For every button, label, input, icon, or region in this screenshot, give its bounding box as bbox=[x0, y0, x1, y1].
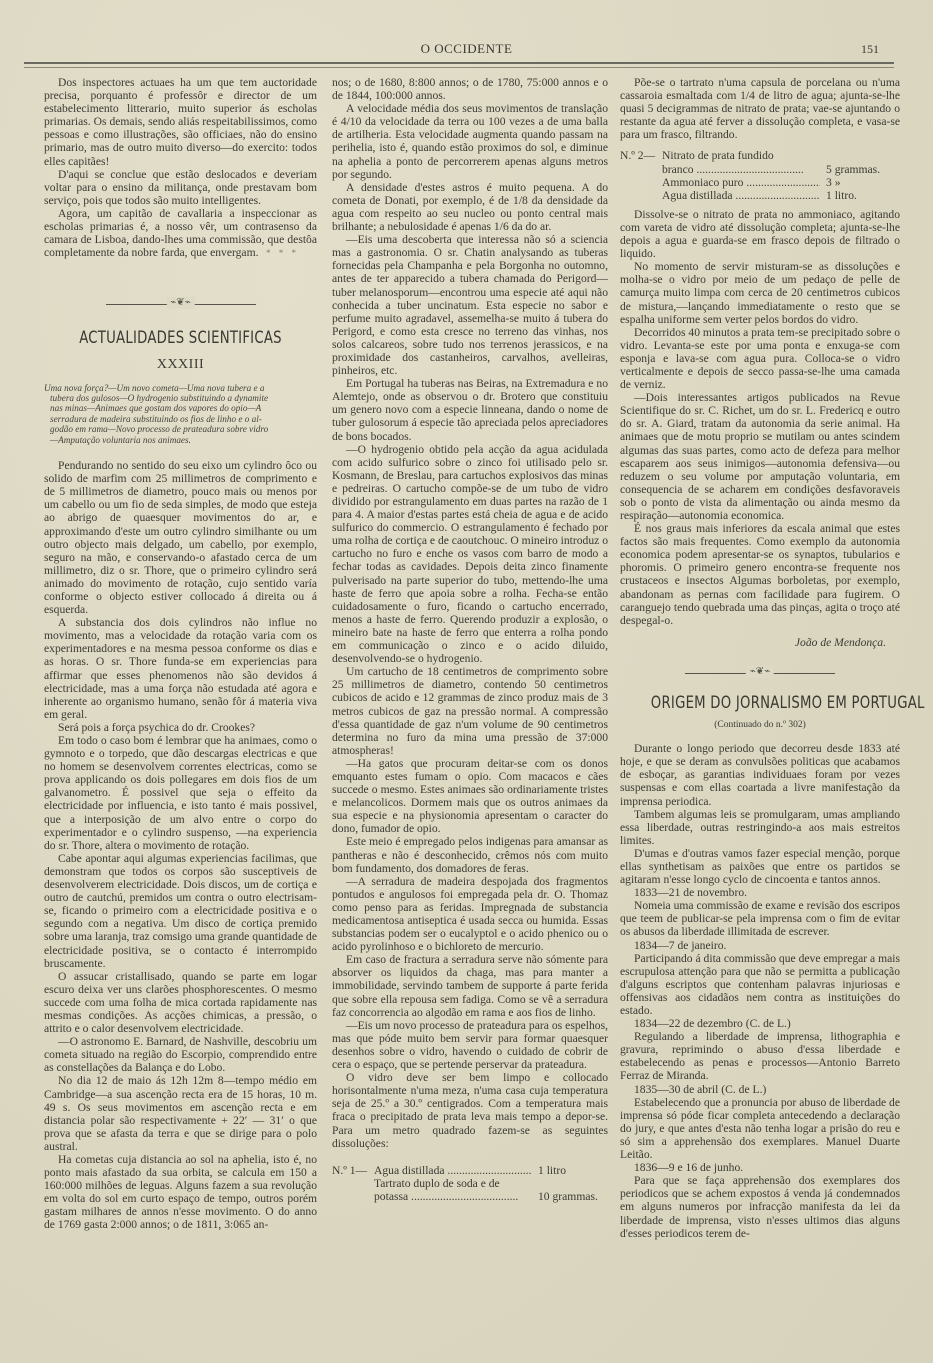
paragraph: O assucar cristallisado, quando se parte… bbox=[44, 970, 317, 1035]
ingredient: Ammoniaco puro bbox=[662, 176, 820, 189]
section-number: XXXIII bbox=[44, 358, 317, 371]
paragraph: Em caso de fractura a serradura serve nã… bbox=[332, 953, 608, 1018]
paragraph: A velocidade média dos seus movimentos d… bbox=[332, 102, 608, 181]
quantity: 3 » bbox=[820, 176, 841, 189]
summary-line: nas minas—Animaes que gostam dos vapores… bbox=[44, 403, 317, 413]
quantity: 10 grammas. bbox=[532, 1190, 598, 1203]
fleuron-icon: ⌁❦⌁ bbox=[746, 666, 774, 678]
fleuron-icon: ⌁❦⌁ bbox=[166, 297, 194, 309]
section-title-actualidades: ACTUALIDADES SCIENTIFICAS bbox=[74, 332, 287, 345]
summary-line: godão em rama—Novo processo de prateadur… bbox=[44, 424, 317, 434]
middle-column: nos; o de 1680, 8:800 annos; o de 1780, … bbox=[332, 76, 608, 1209]
paragraph: —Eis um novo processo de prateadura para… bbox=[332, 1019, 608, 1071]
recipe-row: Agua distillada 1 litro. bbox=[620, 189, 900, 202]
recipe-number: N.º 1— bbox=[332, 1164, 374, 1177]
paragraph: Nomeia uma commissão de exame e revisão … bbox=[620, 899, 900, 938]
ornamental-divider: ⌁❦⌁ bbox=[685, 667, 835, 679]
paragraph: —O hydrogenio obtido pela acção da agua … bbox=[332, 443, 608, 666]
paragraph: A densidade d'estes astros é muito peque… bbox=[332, 181, 608, 233]
recipe-row: branco 5 grammas. bbox=[620, 163, 900, 176]
paragraph: Regulando a liberdade de imprensa, litho… bbox=[620, 1030, 900, 1082]
paragraph: Este meio é empregado pelos indigenas pa… bbox=[332, 835, 608, 874]
paragraph: Será pois a força psychica do dr. Crooke… bbox=[44, 721, 317, 734]
paragraph: Ha cometas cuja distancia ao sol na aphe… bbox=[44, 1153, 317, 1232]
paragraph: É nos graus mais inferiores da escala an… bbox=[620, 522, 900, 627]
date-heading: 1836—9 e 16 de junho. bbox=[620, 1161, 900, 1174]
paragraph: —Eis uma descoberta que interessa não só… bbox=[332, 233, 608, 377]
article-summary: Uma nova força?—Um novo cometa—Uma nova … bbox=[44, 383, 317, 445]
quantity: 1 litro bbox=[532, 1164, 566, 1177]
date-heading: 1834—7 de janeiro. bbox=[620, 939, 900, 952]
paragraph: Dos inspectores actuaes ha um que tem au… bbox=[44, 76, 317, 168]
continuation-note: (Continuado do n.º 302) bbox=[620, 719, 900, 732]
paragraph: Para que se faça apprehensão dos exempla… bbox=[620, 1174, 900, 1239]
paragraph: Estabelecendo que a pronuncia por abuso … bbox=[620, 1096, 900, 1161]
summary-line: tubera dos gulosos—O hydrogenio substitu… bbox=[44, 393, 317, 403]
header-rule bbox=[24, 62, 894, 68]
running-head: O OCCIDENTE 151 bbox=[0, 41, 933, 61]
recipe-row: Ammoniaco puro 3 » bbox=[620, 176, 900, 189]
paragraph: O vidro deve ser bem limpo e collocado h… bbox=[332, 1071, 608, 1150]
publication-title: O OCCIDENTE bbox=[0, 41, 933, 57]
quantity: 5 grammas. bbox=[820, 163, 880, 176]
recipe-table-1: N.º 1— Agua distillada 1 litro Tartrato … bbox=[332, 1164, 608, 1203]
quantity bbox=[820, 149, 826, 162]
paragraph: A substancia dos dois cylindros não infl… bbox=[44, 616, 317, 721]
paragraph: —O astronomo E. Barnard, de Nashville, d… bbox=[44, 1035, 317, 1074]
quantity: 1 litro. bbox=[820, 189, 857, 202]
ornamental-divider: ⌁❦⌁ bbox=[106, 298, 256, 310]
section-title-origem-jornalismo: ORIGEM DO JORNALISMO EM PORTUGAL bbox=[651, 697, 869, 710]
summary-line: Uma nova força?—Um novo cometa—Uma nova … bbox=[44, 383, 317, 393]
paragraph: Tambem algumas leis se promulgaram, umas… bbox=[620, 808, 900, 847]
paragraph: Decorridos 40 minutos a prata tem-se pre… bbox=[620, 326, 900, 391]
paragraph: —A serradura de madeira despojada dos fr… bbox=[332, 875, 608, 954]
recipe-table-2: N.º 2— Nitrato de prata fundido branco 5… bbox=[620, 149, 900, 201]
recipe-row: N.º 1— Agua distillada 1 litro bbox=[332, 1164, 608, 1177]
quantity bbox=[532, 1177, 538, 1190]
paragraph: nos; o de 1680, 8:800 annos; o de 1780, … bbox=[332, 76, 608, 102]
date-heading: 1833—21 de novembro. bbox=[620, 886, 900, 899]
ingredient: Agua distillada bbox=[662, 189, 820, 202]
paragraph: Dissolve-se o nitrato de prata no ammoni… bbox=[620, 208, 900, 260]
recipe-row: N.º 2— Nitrato de prata fundido bbox=[620, 149, 900, 162]
paragraph: D'aqui se conclue que estão deslocados e… bbox=[44, 168, 317, 207]
left-column: Dos inspectores actuaes ha um que tem au… bbox=[44, 76, 317, 1232]
right-column: Põe-se o tartrato n'uma capsula de porce… bbox=[620, 76, 900, 1240]
paragraph: Participando á dita commissão que deve e… bbox=[620, 952, 900, 1017]
ingredient: Nitrato de prata fundido bbox=[662, 149, 820, 162]
paragraph: —Dois interessantes artigos publicados n… bbox=[620, 391, 900, 522]
paragraph: Em todo o caso bom é lembrar que ha anim… bbox=[44, 734, 317, 852]
date-heading: 1834—22 de dezembro (C. de L.) bbox=[620, 1017, 900, 1030]
date-heading: 1835—30 de abril (C. de L.) bbox=[620, 1083, 900, 1096]
ingredient: potassa bbox=[374, 1190, 532, 1203]
paragraph: No dia 12 de maio ás 12h 12m 8—tempo méd… bbox=[44, 1074, 317, 1153]
recipe-row: Tartrato duplo de soda e de bbox=[332, 1177, 608, 1190]
recipe-row: potassa 10 grammas. bbox=[332, 1190, 608, 1203]
paragraph: D'umas e d'outras vamos fazer especial m… bbox=[620, 847, 900, 886]
summary-line: —Amputação voluntaria nos animaes. bbox=[44, 435, 317, 445]
paragraph: Pendurando no sentido do seu eixo um cyl… bbox=[44, 459, 317, 616]
ingredient: branco bbox=[662, 163, 820, 176]
paragraph: No momento de servir misturam-se as diss… bbox=[620, 260, 900, 325]
paragraph: Em Portugal ha tuberas nas Beiras, na Ex… bbox=[332, 377, 608, 442]
paragraph: Põe-se o tartrato n'uma capsula de porce… bbox=[620, 76, 900, 141]
summary-line: serradura de madeira substituindo os fio… bbox=[44, 414, 317, 424]
paragraph: Um cartucho de 18 centimetros de comprim… bbox=[332, 665, 608, 757]
newspaper-page: O OCCIDENTE 151 Dos inspectores actuaes … bbox=[0, 0, 933, 1363]
paragraph: Durante o longo periodo que decorreu des… bbox=[620, 742, 900, 807]
page-number: 151 bbox=[861, 42, 879, 57]
ingredient: Agua distillada bbox=[374, 1164, 532, 1177]
paragraph: Cabe apontar aqui algumas experiencias f… bbox=[44, 852, 317, 970]
paragraph: —Ha gatos que procuram deitar-se com os … bbox=[332, 757, 608, 836]
ingredient: Tartrato duplo de soda e de bbox=[374, 1177, 532, 1190]
author-signature: João de Mendonça. bbox=[620, 636, 900, 649]
recipe-number: N.º 2— bbox=[620, 149, 662, 162]
